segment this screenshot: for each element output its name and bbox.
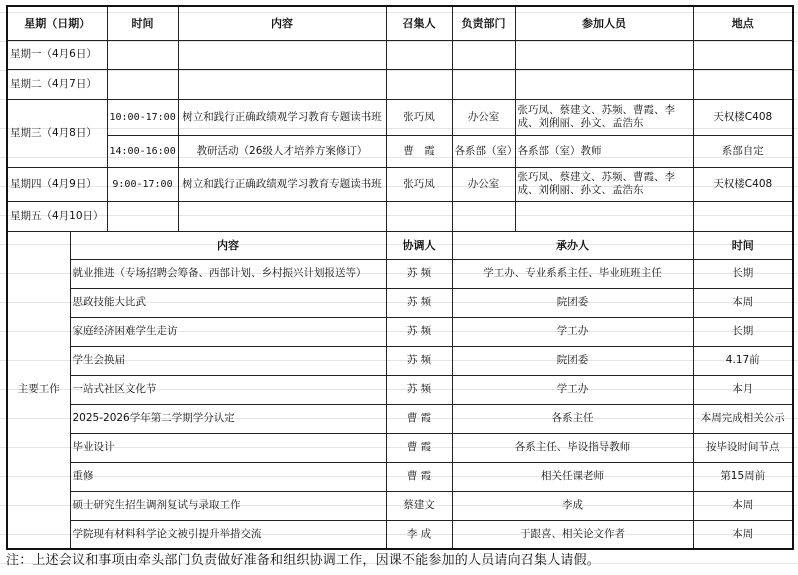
weekly-schedule-sheet: 星期（日期） 时间 内容 召集人 负责部门 参加人员 地点 星期一（4月6日） …: [6, 5, 792, 550]
participants-cell[interactable]: 张巧凤、蔡建文、苏频、曹霞、李成、刘俐丽、孙文、孟浩东: [515, 99, 693, 135]
header-time: 时间: [107, 6, 178, 40]
header-day: 星期（日期）: [7, 6, 107, 40]
empty-cell[interactable]: [178, 40, 386, 69]
day-cell[interactable]: 星期五（4月10日）: [7, 201, 107, 231]
empty-cell[interactable]: [452, 201, 515, 231]
table-row: 硕士研究生招生调剂复试与录取工作 蔡建文 李成 本周: [7, 491, 793, 520]
table-row: 重修 曹 霞 相关任课老师 第15周前: [7, 462, 793, 491]
coordinator-cell[interactable]: 李 成: [386, 520, 452, 549]
content-cell[interactable]: 树立和践行正确政绩观学习教育专题读书班: [178, 99, 386, 135]
empty-cell[interactable]: [178, 69, 386, 99]
table-row-tuesday: 星期二（4月7日）: [7, 69, 793, 99]
header-work-time: 时间: [693, 231, 793, 259]
handler-cell[interactable]: 各系主任: [452, 404, 693, 433]
work-time-cell[interactable]: 本周: [693, 520, 793, 549]
convener-cell[interactable]: 张巧凤: [386, 99, 452, 135]
empty-cell[interactable]: [693, 201, 793, 231]
handler-cell[interactable]: 李成: [452, 491, 693, 520]
dept-cell[interactable]: 各系部（室）: [452, 135, 515, 167]
handler-cell[interactable]: 学工办、专业系系主任、毕业班班主任: [452, 259, 693, 288]
time-cell[interactable]: 9:00-17:00: [107, 167, 178, 201]
location-cell[interactable]: 系部自定: [693, 135, 793, 167]
work-time-cell[interactable]: 长期: [693, 317, 793, 346]
header-handler: 承办人: [452, 231, 693, 259]
work-time-cell[interactable]: 按毕设时间节点: [693, 433, 793, 462]
work-time-cell[interactable]: 本周: [693, 491, 793, 520]
coordinator-cell[interactable]: 苏 频: [386, 288, 452, 317]
empty-cell[interactable]: [515, 40, 693, 69]
work-content-cell[interactable]: 毕业设计: [70, 433, 386, 462]
coordinator-cell[interactable]: 曹 霞: [386, 404, 452, 433]
header-convener: 召集人: [386, 6, 452, 40]
convener-cell[interactable]: 曹 霞: [386, 135, 452, 167]
coordinator-cell[interactable]: 苏 频: [386, 375, 452, 404]
handler-cell[interactable]: 各系主任、毕设指导教师: [452, 433, 693, 462]
work-content-cell[interactable]: 学院现有材料科学论文被引提升举措交流: [70, 520, 386, 549]
work-time-cell[interactable]: 长期: [693, 259, 793, 288]
location-cell[interactable]: 天权楼C408: [693, 167, 793, 201]
table-row-friday: 星期五（4月10日）: [7, 201, 793, 231]
main-work-label: 主要工作: [7, 231, 70, 549]
empty-cell[interactable]: [107, 40, 178, 69]
empty-cell[interactable]: [178, 201, 386, 231]
work-content-cell[interactable]: 思政技能大比武: [70, 288, 386, 317]
convener-cell[interactable]: 张巧凤: [386, 167, 452, 201]
schedule-table: 星期（日期） 时间 内容 召集人 负责部门 参加人员 地点 星期一（4月6日） …: [6, 5, 794, 550]
empty-cell[interactable]: [107, 69, 178, 99]
schedule-header-row: 星期（日期） 时间 内容 召集人 负责部门 参加人员 地点: [7, 6, 793, 40]
header-dept: 负责部门: [452, 6, 515, 40]
handler-cell[interactable]: 院团委: [452, 288, 693, 317]
table-row: 毕业设计 曹 霞 各系主任、毕设指导教师 按毕设时间节点: [7, 433, 793, 462]
coordinator-cell[interactable]: 苏 频: [386, 317, 452, 346]
work-content-cell[interactable]: 学生会换届: [70, 346, 386, 375]
empty-cell[interactable]: [452, 40, 515, 69]
participants-cell[interactable]: 张巧凤、蔡建文、苏频、曹霞、李成、刘俐丽、孙文、孟浩东: [515, 167, 693, 201]
work-time-cell[interactable]: 4.17前: [693, 346, 793, 375]
time-cell[interactable]: 10:00-17:00: [107, 99, 178, 135]
table-row: 一站式社区文化节 苏 频 学工办 本月: [7, 375, 793, 404]
table-row-monday: 星期一（4月6日）: [7, 40, 793, 69]
content-cell[interactable]: 树立和践行正确政绩观学习教育专题读书班: [178, 167, 386, 201]
handler-cell[interactable]: 相关任课老师: [452, 462, 693, 491]
handler-cell[interactable]: 院团委: [452, 346, 693, 375]
footnote: 注：上述会议和事项由牵头部门负责做好准备和组织协调工作，因课不能参加的人员请向召…: [6, 548, 600, 574]
dept-cell[interactable]: 办公室: [452, 167, 515, 201]
handler-cell[interactable]: 于跟喜、相关论文作者: [452, 520, 693, 549]
header-location: 地点: [693, 6, 793, 40]
header-content: 内容: [178, 6, 386, 40]
header-work-content: 内容: [70, 231, 386, 259]
work-time-cell[interactable]: 本周完成相关公示: [693, 404, 793, 433]
coordinator-cell[interactable]: 苏 频: [386, 346, 452, 375]
work-content-cell[interactable]: 2025-2026学年第二学期学分认定: [70, 404, 386, 433]
empty-cell[interactable]: [107, 201, 178, 231]
coordinator-cell[interactable]: 曹 霞: [386, 462, 452, 491]
coordinator-cell[interactable]: 蔡建文: [386, 491, 452, 520]
table-row-wednesday-1: 星期三（4月8日） 10:00-17:00 树立和践行正确政绩观学习教育专题读书…: [7, 99, 793, 135]
empty-cell[interactable]: [386, 201, 452, 231]
day-cell[interactable]: 星期三（4月8日）: [7, 99, 107, 167]
work-content-cell[interactable]: 硕士研究生招生调剂复试与录取工作: [70, 491, 386, 520]
main-work-header-row: 主要工作 内容 协调人 承办人 时间: [7, 231, 793, 259]
empty-cell[interactable]: [515, 201, 693, 231]
work-content-cell[interactable]: 就业推进（专场招聘会筹备、西部计划、乡村振兴计划报送等）: [70, 259, 386, 288]
header-coordinator: 协调人: [386, 231, 452, 259]
empty-cell[interactable]: [693, 40, 793, 69]
table-row: 2025-2026学年第二学期学分认定 曹 霞 各系主任 本周完成相关公示: [7, 404, 793, 433]
work-content-cell[interactable]: 重修: [70, 462, 386, 491]
empty-cell[interactable]: [452, 69, 515, 99]
coordinator-cell[interactable]: 曹 霞: [386, 433, 452, 462]
day-cell[interactable]: 星期一（4月6日）: [7, 40, 107, 69]
participants-cell[interactable]: 各系部（室）教师: [515, 135, 693, 167]
table-row-wednesday-2: 14:00-16:00 教研活动（26级人才培养方案修订） 曹 霞 各系部（室）…: [7, 135, 793, 167]
work-time-cell[interactable]: 第15周前: [693, 462, 793, 491]
work-content-cell[interactable]: 家庭经济困难学生走访: [70, 317, 386, 346]
handler-cell[interactable]: 学工办: [452, 375, 693, 404]
empty-cell[interactable]: [693, 69, 793, 99]
table-row: 学院现有材料科学论文被引提升举措交流 李 成 于跟喜、相关论文作者 本周: [7, 520, 793, 549]
table-row-thursday: 星期四（4月9日） 9:00-17:00 树立和践行正确政绩观学习教育专题读书班…: [7, 167, 793, 201]
day-cell[interactable]: 星期四（4月9日）: [7, 167, 107, 201]
day-cell[interactable]: 星期二（4月7日）: [7, 69, 107, 99]
time-cell[interactable]: 14:00-16:00: [107, 135, 178, 167]
work-time-cell[interactable]: 本月: [693, 375, 793, 404]
empty-cell[interactable]: [386, 40, 452, 69]
table-row: 家庭经济困难学生走访 苏 频 学工办 长期: [7, 317, 793, 346]
dept-cell[interactable]: 办公室: [452, 99, 515, 135]
empty-cell[interactable]: [515, 69, 693, 99]
work-time-cell[interactable]: 本周: [693, 288, 793, 317]
handler-cell[interactable]: 学工办: [452, 317, 693, 346]
table-row: 思政技能大比武 苏 频 院团委 本周: [7, 288, 793, 317]
content-cell[interactable]: 教研活动（26级人才培养方案修订）: [178, 135, 386, 167]
work-content-cell[interactable]: 一站式社区文化节: [70, 375, 386, 404]
empty-cell[interactable]: [386, 69, 452, 99]
table-row: 就业推进（专场招聘会筹备、西部计划、乡村振兴计划报送等） 苏 频 学工办、专业系…: [7, 259, 793, 288]
table-row: 学生会换届 苏 频 院团委 4.17前: [7, 346, 793, 375]
coordinator-cell[interactable]: 苏 频: [386, 259, 452, 288]
location-cell[interactable]: 天权楼C408: [693, 99, 793, 135]
header-participants: 参加人员: [515, 6, 693, 40]
